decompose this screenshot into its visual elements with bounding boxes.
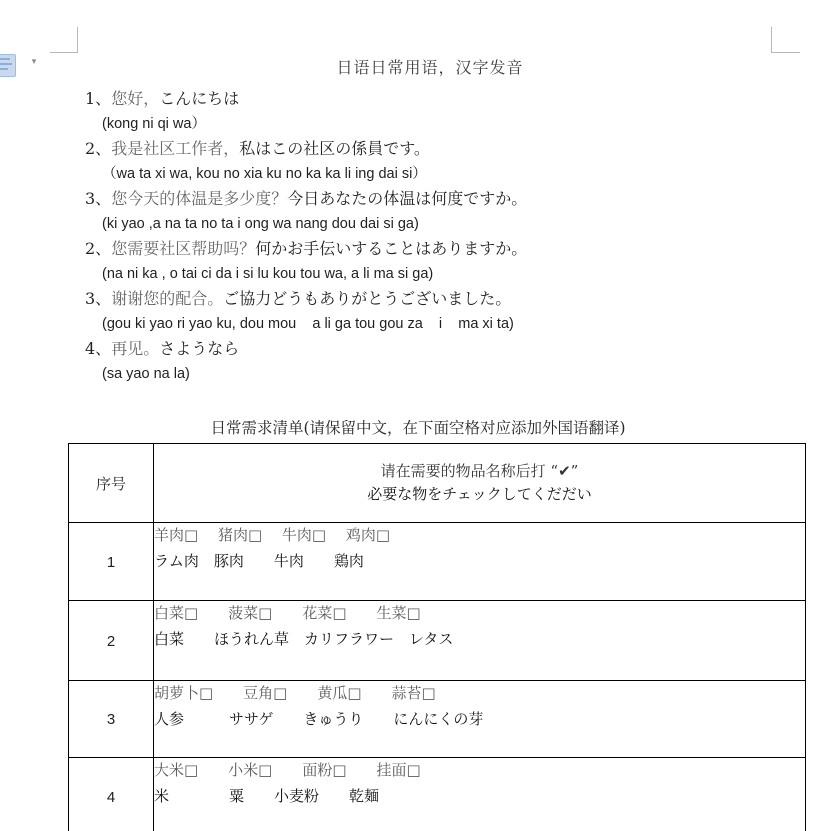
phrase-pronunciation: (na ni ka , o tai ci da i si lu kou tou … <box>85 262 785 286</box>
phrase-chinese: 您需要社区帮助吗？ <box>111 239 255 258</box>
phrase-item: 4、再见。さようなら (sa yao na la) <box>85 336 785 386</box>
phrase-list: 1、您好，こんにちは (kong ni qi wa） 2、我是社区工作者，私はこ… <box>85 86 785 386</box>
phrase-item: 1、您好，こんにちは (kong ni qi wa） <box>85 86 785 136</box>
phrase-chinese: 我是社区工作者， <box>111 139 239 158</box>
phrase-number: 2、 <box>85 139 111 158</box>
row-number: 2 <box>69 601 154 681</box>
margin-mark-top-left <box>50 52 78 53</box>
row-number-label: 2 <box>107 633 115 650</box>
phrase-chinese: 再见。 <box>111 339 159 358</box>
page-title: 日语日常用语，汉字发音 <box>85 55 775 78</box>
phrase-number: 3、 <box>85 289 111 308</box>
row-items-jp: 米 粟 小麦粉 乾麺 <box>154 783 805 809</box>
phrase-pronunciation: (gou ki yao ri yao ku, dou mou a li ga t… <box>85 312 785 336</box>
phrase-japanese: 私はこの社区の係員です。 <box>239 139 430 158</box>
table-row: 3 胡萝卜□ 豆角□ 黄瓜□ 蒜苔□ 人参 ササゲ きゅうり にんにくの芽 <box>69 681 806 758</box>
phrase-chinese: 谢谢您的配合。 <box>111 289 223 308</box>
table-row: 4 大米□ 小米□ 面粉□ 挂面□ 米 粟 小麦粉 乾麺 <box>69 758 806 831</box>
phrase-japanese: 何かお手伝いすることはありますか。 <box>255 239 527 258</box>
chevron-down-icon[interactable]: ▾ <box>27 57 41 69</box>
phrase-pronunciation: (kong ni qi wa） <box>85 112 785 136</box>
table-row: 2 白菜□ 菠菜□ 花菜□ 生菜□ 白菜 ほうれん草 カリフラワー レタス <box>69 601 806 681</box>
phrase-item: 3、谢谢您的配合。ご協力どうもありがとうございました。 (gou ki yao … <box>85 286 785 336</box>
phrase-number: 1、 <box>85 89 111 108</box>
phrase-number: 4、 <box>85 339 111 358</box>
phrase-number: 2、 <box>85 239 111 258</box>
row-items-cell: 胡萝卜□ 豆角□ 黄瓜□ 蒜苔□ 人参 ササゲ きゅうり にんにくの芽 <box>154 681 806 758</box>
header-instruction-jp: 必要な物をチェックしてくだだい <box>154 483 805 506</box>
row-number-label: 3 <box>107 711 115 728</box>
row-number-label: 1 <box>107 554 115 571</box>
document-page: ▾ 日语日常用语，汉字发音 1、您好，こんにちは (kong ni qi wa）… <box>0 0 822 831</box>
needs-list-caption: 日常需求清单(请保留中文，在下面空格对应添加外国语翻译) <box>68 416 768 438</box>
phrase-pronunciation: （wa ta xi wa, kou no xia ku no ka ka li … <box>85 162 785 186</box>
phrase-item: 2、您需要社区帮助吗？何かお手伝いすることはありますか。 (na ni ka ,… <box>85 236 785 286</box>
phrase-chinese: 您好， <box>111 89 159 108</box>
phrase-number: 3、 <box>85 189 111 208</box>
row-number-label: 4 <box>107 789 115 806</box>
header-instruction-cn: 请在需要的物品名称后打 “✔” <box>154 460 805 483</box>
row-items-jp: 人参 ササゲ きゅうり にんにくの芽 <box>154 706 805 732</box>
row-items-cn: 羊肉□ 猪肉□ 牛肉□ 鸡肉□ <box>154 523 805 548</box>
row-items-cell: 羊肉□ 猪肉□ 牛肉□ 鸡肉□ ラム肉 豚肉 牛肉 鶏肉 <box>154 523 806 601</box>
needs-table: 序号 请在需要的物品名称后打 “✔” 必要な物をチェックしてくだだい 1 羊肉□… <box>68 443 806 831</box>
row-items-cell: 白菜□ 菠菜□ 花菜□ 生菜□ 白菜 ほうれん草 カリフラワー レタス <box>154 601 806 681</box>
row-items-cn: 大米□ 小米□ 面粉□ 挂面□ <box>154 758 805 783</box>
phrase-chinese: 您今天的体温是多少度？ <box>111 189 287 208</box>
row-items-cn: 白菜□ 菠菜□ 花菜□ 生菜□ <box>154 601 805 626</box>
table-row: 1 羊肉□ 猪肉□ 牛肉□ 鸡肉□ ラム肉 豚肉 牛肉 鶏肉 <box>69 523 806 601</box>
table-header-row: 序号 请在需要的物品名称后打 “✔” 必要な物をチェックしてくだだい <box>69 444 806 523</box>
phrase-pronunciation: (sa yao na la) <box>85 362 785 386</box>
phrase-japanese: さようなら <box>159 339 239 358</box>
phrase-pronunciation: (ki yao ,a na ta no ta i ong wa nang dou… <box>85 212 785 236</box>
phrase-japanese: 今日あなたの体温は何度ですか。 <box>287 189 527 208</box>
margin-mark-top-right <box>771 27 772 53</box>
row-items-cell: 大米□ 小米□ 面粉□ 挂面□ 米 粟 小麦粉 乾麺 <box>154 758 806 831</box>
row-number: 4 <box>69 758 154 831</box>
row-number: 1 <box>69 523 154 601</box>
row-number: 3 <box>69 681 154 758</box>
phrase-japanese: こんにちは <box>159 89 239 108</box>
row-items-jp: 白菜 ほうれん草 カリフラワー レタス <box>154 626 805 652</box>
paste-options-icon[interactable] <box>0 54 18 76</box>
row-items-cn: 胡萝卜□ 豆角□ 黄瓜□ 蒜苔□ <box>154 681 805 706</box>
margin-mark-top-right <box>771 52 800 53</box>
header-instruction-cell: 请在需要的物品名称后打 “✔” 必要な物をチェックしてくだだい <box>154 444 806 523</box>
phrase-japanese: ご協力どうもありがとうございました。 <box>223 289 511 308</box>
row-items-jp: ラム肉 豚肉 牛肉 鶏肉 <box>154 548 805 574</box>
header-col-number: 序号 <box>69 444 154 523</box>
phrase-item: 3、您今天的体温是多少度？今日あなたの体温は何度ですか。 (ki yao ,a … <box>85 186 785 236</box>
phrase-item: 2、我是社区工作者，私はこの社区の係員です。 （wa ta xi wa, kou… <box>85 136 785 186</box>
margin-mark-top-left <box>77 27 78 53</box>
